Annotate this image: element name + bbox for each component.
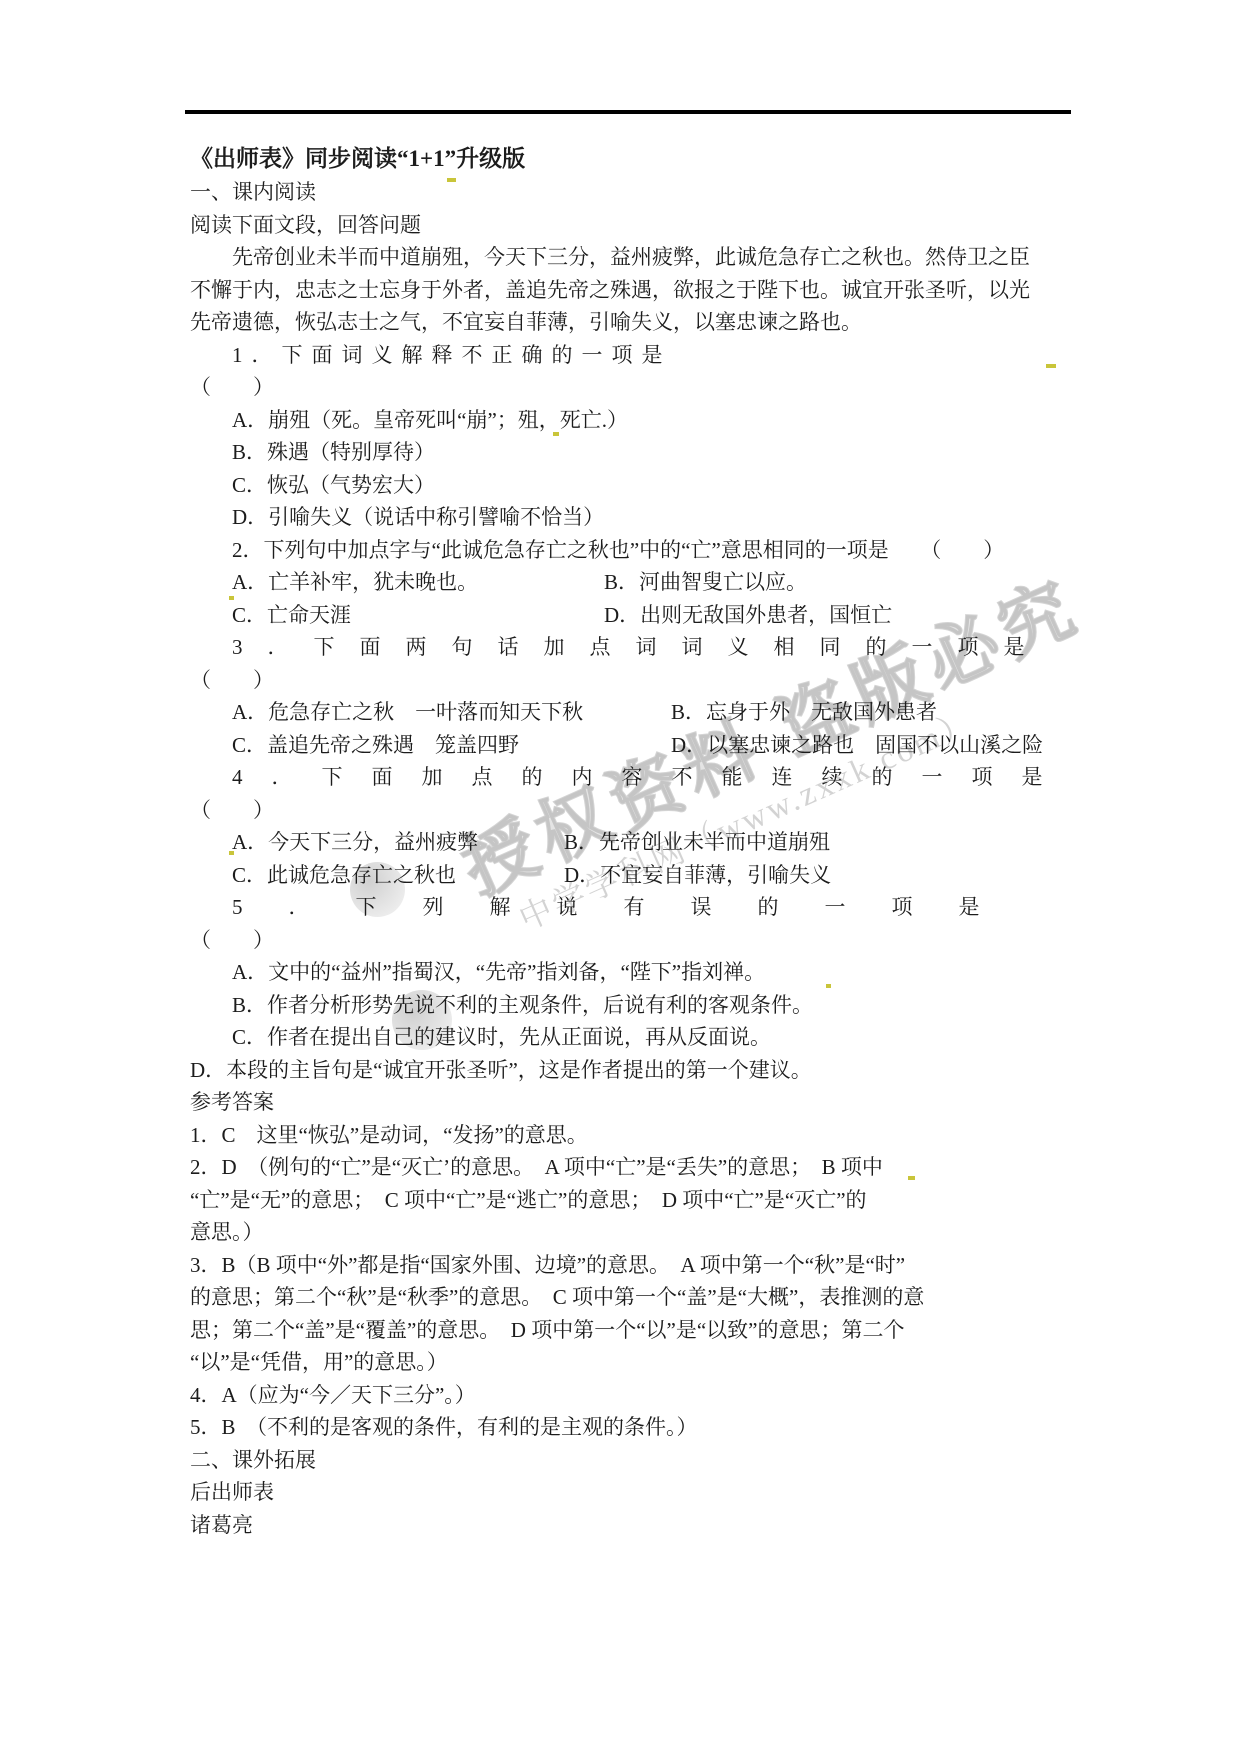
question-4-option-d: D．不宜妄自菲薄，引喻失义 — [564, 859, 831, 892]
answer-2-line: 意思。） — [190, 1216, 1078, 1249]
question-5-option-d: D．本段的主旨句是“诚宜开张圣听”，这是作者提出的第一个建议。 — [190, 1054, 1078, 1087]
question-3-options-row: C．盖追先帝之殊遇 笼盖四野 D．以塞忠谏之路也 固国不以山溪之险 — [190, 729, 1078, 762]
intro-line: 阅读下面文段，回答问题 — [190, 209, 1078, 242]
question-2-options-row: C．亡命天涯 D．出则无敌国外患者，国恒亡 — [190, 599, 1078, 632]
question-2-option-c: C．亡命天涯 — [232, 599, 604, 632]
extra-reading-author: 诸葛亮 — [190, 1509, 1078, 1542]
passage-line: 不懈于内，忠志之士忘身于外者，盖追先帝之殊遇，欲报之于陛下也。诚宜开张圣听，以光 — [190, 274, 1078, 307]
answer-bracket: （ ） — [190, 664, 1078, 697]
question-2-options-row: A．亡羊补牢，犹未晚也。 B．河曲智叟亡以应。 — [190, 566, 1078, 599]
proofing-mark — [908, 1176, 915, 1180]
answer-3-line: 的意思；第二个“秋”是“秋季”的意思。 C 项中第一个“盖”是“大概”，表推测的… — [190, 1281, 1078, 1314]
question-4-option-b: B．先帝创业未半而中道崩殂 — [564, 826, 830, 859]
question-1-option-c: C．恢弘（气势宏大） — [190, 469, 1078, 502]
answers-heading: 参考答案 — [190, 1086, 1078, 1119]
answer-3-line: “以”是“凭借，用”的意思。） — [190, 1346, 1078, 1379]
question-2-option-d: D．出则无敌国外患者，国恒亡 — [604, 599, 892, 632]
question-1-option-b: B．殊遇（特别厚待） — [190, 436, 1078, 469]
question-2-option-b: B．河曲智叟亡以应。 — [604, 566, 807, 599]
question-4-options-row: A．今天下三分，益州疲弊 B．先帝创业未半而中道崩殂 — [190, 826, 1078, 859]
question-3-option-b: B．忘身于外 无敌国外患者 — [671, 696, 937, 729]
question-5-option-b: B．作者分析形势先说不利的主观条件，后说有利的客观条件。 — [190, 989, 1078, 1022]
answer-3-line: 3．B（B 项中“外”都是指“国家外围、边境”的意思。 A 项中第一个“秋”是“… — [190, 1249, 1078, 1282]
question-1-option-d: D．引喻失义（说话中称引譬喻不恰当） — [190, 501, 1078, 534]
question-3-options-row: A．危急存亡之秋 一叶落而知天下秋 B．忘身于外 无敌国外患者 — [190, 696, 1078, 729]
question-1-stem: 1．下面词义解释不正确的一项是 — [190, 339, 1078, 372]
question-3-option-d: D．以塞忠谏之路也 固国不以山溪之险 — [671, 729, 1043, 762]
header-rule — [185, 110, 1071, 114]
question-5-option-a: A．文中的“益州”指蜀汉，“先帝”指刘备，“陛下”指刘禅。 — [190, 956, 1078, 989]
passage-line: 先帝创业未半而中道崩殂，今天下三分，益州疲弊，此诚危急存亡之秋也。然侍卫之臣 — [190, 241, 1078, 274]
question-4-options-row: C．此诚危急存亡之秋也 D．不宜妄自菲薄，引喻失义 — [190, 859, 1078, 892]
question-5-option-c: C．作者在提出自己的建议时，先从正面说，再从反面说。 — [190, 1021, 1078, 1054]
answer-bracket: （ ） — [190, 924, 1078, 957]
question-4-option-a: A．今天下三分，益州疲弊 — [232, 826, 564, 859]
section-1-heading: 一、课内阅读 — [190, 176, 1078, 209]
question-2-option-a: A．亡羊补牢，犹未晚也。 — [232, 566, 604, 599]
answer-bracket: （ ） — [190, 371, 1078, 404]
passage-line: 先帝遗德，恢弘志士之气，不宜妄自菲薄，引喻失义，以塞忠谏之路也。 — [190, 306, 1078, 339]
question-2-stem: 2．下列句中加点字与“此诚危急存亡之秋也”中的“亡”意思相同的一项是 （ ） — [190, 534, 1078, 567]
proofing-mark — [229, 851, 234, 855]
doc-title: 《出师表》同步阅读“1+1”升级版 — [190, 142, 1078, 176]
answer-1: 1．C 这里“恢弘”是动词，“发扬”的意思。 — [190, 1119, 1078, 1152]
answer-2-line: “亡”是“无”的意思； C 项中“亡”是“逃亡”的意思； D 项中“亡”是“灭亡… — [190, 1184, 1078, 1217]
proofing-mark — [229, 596, 234, 600]
proofing-mark — [447, 178, 456, 182]
proofing-mark — [826, 984, 831, 988]
answer-bracket: （ ） — [190, 794, 1078, 827]
answer-4: 4．A（应为“今／天下三分”。） — [190, 1379, 1078, 1412]
question-3-stem: 3．下面两句话加点词词义相同的一项是 — [190, 631, 1078, 664]
question-4-option-c: C．此诚危急存亡之秋也 — [232, 859, 564, 892]
question-4-stem: 4．下面加点的内容不能连续的一项是 — [190, 761, 1078, 794]
answer-3-line: 思；第二个“盖”是“覆盖”的意思。 D 项中第一个“以”是“以致”的意思；第二个 — [190, 1314, 1078, 1347]
question-3-option-c: C．盖追先帝之殊遇 笼盖四野 — [232, 729, 671, 762]
proofing-mark — [553, 432, 559, 436]
answer-5: 5．B （不利的是客观的条件，有利的是主观的条件。） — [190, 1411, 1078, 1444]
proofing-mark — [1046, 364, 1056, 368]
question-1-option-a: A．崩殂（死。皇帝死叫“崩”；殂，死亡.） — [190, 404, 1078, 437]
question-5-stem: 5．下列解说有误的一项是 — [190, 891, 1078, 924]
document-body: 《出师表》同步阅读“1+1”升级版 一、课内阅读 阅读下面文段，回答问题 先帝创… — [190, 142, 1078, 1541]
extra-reading-title: 后出师表 — [190, 1476, 1078, 1509]
question-3-option-a: A．危急存亡之秋 一叶落而知天下秋 — [232, 696, 671, 729]
answer-2-line: 2．D （例句的“亡”是“灭亡’的意思。 A 项中“亡”是“丢失”的意思； B … — [190, 1151, 1078, 1184]
section-2-heading: 二、课外拓展 — [190, 1444, 1078, 1477]
